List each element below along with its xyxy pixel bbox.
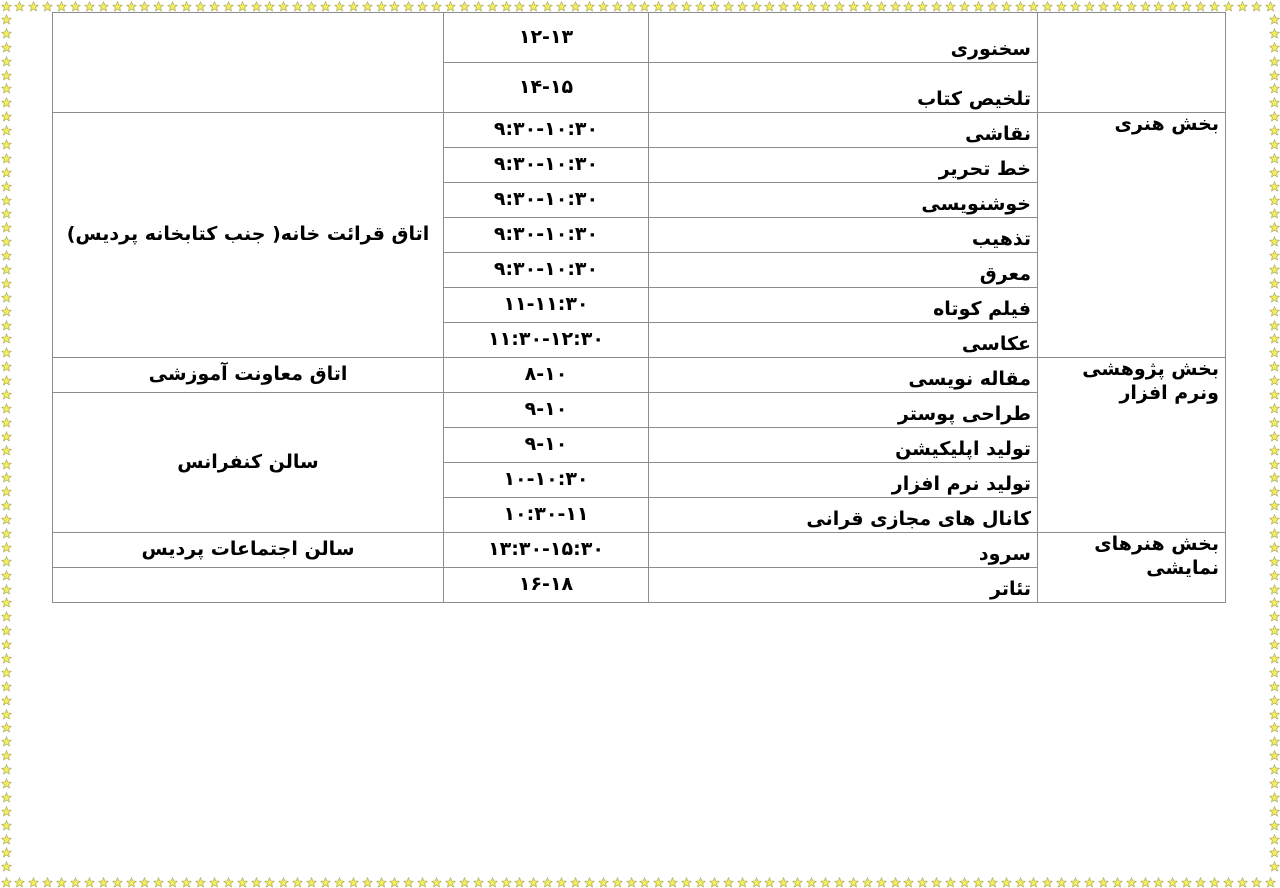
star-icon: [42, 877, 53, 888]
star-icon: [1, 695, 12, 706]
star-border-right: [1268, 0, 1280, 888]
star-icon: [890, 877, 901, 888]
star-icon: [56, 877, 67, 888]
star-icon: [1, 584, 12, 595]
star-icon: [98, 1, 109, 12]
star-icon: [1181, 1, 1192, 12]
activity-cell: تلخیص کتاب: [649, 63, 1038, 113]
location-cell: سالن کنفرانس: [53, 393, 444, 533]
category-label-line1: بخش هنرهای: [1044, 533, 1219, 557]
star-icon: [1269, 181, 1280, 192]
star-icon: [1269, 153, 1280, 164]
star-icon: [1, 125, 12, 136]
star-icon: [1269, 361, 1280, 372]
star-icon: [445, 877, 456, 888]
star-icon: [1028, 877, 1039, 888]
star-icon: [1269, 778, 1280, 789]
star-icon: [1269, 653, 1280, 664]
star-icon: [292, 1, 303, 12]
star-icon: [1, 834, 12, 845]
activity-cell: سرود: [649, 533, 1038, 568]
star-icon: [237, 877, 248, 888]
star-icon: [1, 167, 12, 178]
star-icon: [1209, 1, 1220, 12]
star-icon: [1269, 195, 1280, 206]
star-icon: [820, 877, 831, 888]
time-cell: ۹:۳۰-۱۰:۳۰: [444, 183, 649, 218]
star-icon: [195, 877, 206, 888]
star-icon: [1, 445, 12, 456]
star-icon: [514, 1, 525, 12]
star-icon: [1269, 514, 1280, 525]
location-cell-empty: [53, 568, 444, 603]
activity-cell: مقاله نویسی: [649, 358, 1038, 393]
star-icon: [1269, 250, 1280, 261]
time-cell: ۹:۳۰-۱۰:۳۰: [444, 113, 649, 148]
star-icon: [973, 877, 984, 888]
star-icon: [1084, 877, 1095, 888]
star-icon: [251, 877, 262, 888]
star-icon: [1, 653, 12, 664]
star-icon: [1223, 1, 1234, 12]
star-icon: [987, 877, 998, 888]
star-icon: [487, 877, 498, 888]
star-icon: [639, 1, 650, 12]
star-icon: [1269, 208, 1280, 219]
activity-cell: فیلم کوتاه: [649, 288, 1038, 323]
star-icon: [501, 877, 512, 888]
star-icon: [209, 1, 220, 12]
star-icon: [167, 877, 178, 888]
star-border-top: [0, 0, 1280, 12]
star-icon: [237, 1, 248, 12]
star-icon: [14, 877, 25, 888]
star-icon: [695, 877, 706, 888]
star-icon: [1, 70, 12, 81]
star-icon: [1, 667, 12, 678]
star-icon: [1209, 877, 1220, 888]
star-icon: [1269, 236, 1280, 247]
star-icon: [917, 1, 928, 12]
star-icon: [1, 181, 12, 192]
star-icon: [1269, 56, 1280, 67]
star-icon: [417, 1, 428, 12]
star-icon: [403, 1, 414, 12]
time-cell: ۸-۱۰: [444, 358, 649, 393]
star-icon: [1, 709, 12, 720]
star-icon: [584, 877, 595, 888]
star-icon: [528, 877, 539, 888]
star-icon: [112, 1, 123, 12]
activity-cell: معرق: [649, 253, 1038, 288]
star-icon: [848, 877, 859, 888]
time-cell: ۱۳:۳۰-۱۵:۳۰: [444, 533, 649, 568]
star-icon: [1269, 83, 1280, 94]
star-icon: [223, 877, 234, 888]
star-icon: [653, 877, 664, 888]
star-icon: [1269, 320, 1280, 331]
star-icon: [987, 1, 998, 12]
star-icon: [181, 877, 192, 888]
star-icon: [223, 1, 234, 12]
star-icon: [153, 877, 164, 888]
star-icon: [1, 806, 12, 817]
star-icon: [598, 1, 609, 12]
star-icon: [1269, 847, 1280, 858]
star-icon: [1, 792, 12, 803]
activity-cell: نقاشی: [649, 113, 1038, 148]
star-icon: [723, 1, 734, 12]
star-icon: [834, 1, 845, 12]
activity-cell: سخنوری: [649, 13, 1038, 63]
star-icon: [1126, 1, 1137, 12]
activity-cell: تولید اپلیکیشن: [649, 428, 1038, 463]
star-icon: [1015, 1, 1026, 12]
star-icon: [806, 1, 817, 12]
star-icon: [1098, 877, 1109, 888]
star-icon: [139, 1, 150, 12]
star-icon: [862, 1, 873, 12]
star-icon: [1, 347, 12, 358]
star-icon: [1001, 877, 1012, 888]
star-icon: [1084, 1, 1095, 12]
star-icon: [584, 1, 595, 12]
star-icon: [639, 877, 650, 888]
star-icon: [1269, 611, 1280, 622]
star-icon: [1, 750, 12, 761]
star-icon: [1167, 877, 1178, 888]
star-icon: [1269, 681, 1280, 692]
time-cell: ۱۱-۱۱:۳۰: [444, 288, 649, 323]
star-icon: [1269, 500, 1280, 511]
star-icon: [28, 877, 39, 888]
time-cell: ۹:۳۰-۱۰:۳۰: [444, 253, 649, 288]
star-icon: [1269, 542, 1280, 553]
star-icon: [1269, 722, 1280, 733]
table-row: سخنوری ۱۲-۱۳: [53, 13, 1226, 63]
star-icon: [903, 877, 914, 888]
star-icon: [945, 1, 956, 12]
star-icon: [1, 292, 12, 303]
star-icon: [1269, 264, 1280, 275]
star-icon: [251, 1, 262, 12]
star-icon: [612, 877, 623, 888]
star-icon: [1269, 111, 1280, 122]
star-icon: [973, 1, 984, 12]
star-icon: [1251, 1, 1262, 12]
star-icon: [473, 1, 484, 12]
star-icon: [1, 389, 12, 400]
star-icon: [1015, 877, 1026, 888]
star-icon: [1269, 445, 1280, 456]
star-icon: [1, 97, 12, 108]
star-icon: [1112, 877, 1123, 888]
star-icon: [1126, 877, 1137, 888]
star-icon: [1, 306, 12, 317]
star-icon: [1269, 375, 1280, 386]
star-icon: [278, 877, 289, 888]
star-icon: [1001, 1, 1012, 12]
activity-cell: خوشنویسی: [649, 183, 1038, 218]
category-label-line2: ونرم افزار: [1044, 382, 1219, 406]
time-cell: ۱۰:۳۰-۱۱: [444, 498, 649, 533]
star-icon: [1, 459, 12, 470]
star-icon: [959, 877, 970, 888]
star-icon: [556, 1, 567, 12]
activity-cell: طراحی پوستر: [649, 393, 1038, 428]
star-icon: [1269, 347, 1280, 358]
star-icon: [1269, 125, 1280, 136]
star-icon: [681, 1, 692, 12]
activity-cell: تولید نرم افزار: [649, 463, 1038, 498]
star-icon: [1056, 877, 1067, 888]
star-icon: [1, 820, 12, 831]
star-icon: [501, 1, 512, 12]
star-icon: [1, 278, 12, 289]
star-icon: [1181, 877, 1192, 888]
star-icon: [1, 28, 12, 39]
star-icon: [903, 1, 914, 12]
star-icon: [876, 1, 887, 12]
star-icon: [1153, 877, 1164, 888]
star-icon: [98, 877, 109, 888]
star-icon: [1265, 877, 1276, 888]
star-icon: [1269, 333, 1280, 344]
star-icon: [764, 877, 775, 888]
star-icon: [1269, 556, 1280, 567]
time-cell: ۹-۱۰: [444, 428, 649, 463]
star-icon: [1, 722, 12, 733]
star-icon: [1, 472, 12, 483]
star-icon: [1269, 584, 1280, 595]
star-icon: [834, 877, 845, 888]
table-row: بخش هنری نقاشی ۹:۳۰-۱۰:۳۰ اتاق قرائت خان…: [53, 113, 1226, 148]
star-icon: [1, 681, 12, 692]
star-icon: [1112, 1, 1123, 12]
star-icon: [376, 1, 387, 12]
location-cell: اتاق معاونت آموزشی: [53, 358, 444, 393]
star-icon: [1, 153, 12, 164]
star-icon: [570, 1, 581, 12]
star-icon: [1070, 877, 1081, 888]
star-icon: [1, 514, 12, 525]
star-icon: [1269, 403, 1280, 414]
star-icon: [1, 528, 12, 539]
star-icon: [1, 639, 12, 650]
star-icon: [1, 111, 12, 122]
star-icon: [1, 570, 12, 581]
star-icon: [1, 500, 12, 511]
star-icon: [1269, 570, 1280, 581]
star-icon: [1140, 877, 1151, 888]
activity-cell: تئاتر: [649, 568, 1038, 603]
star-icon: [459, 1, 470, 12]
star-icon: [1269, 639, 1280, 650]
star-icon: [612, 1, 623, 12]
star-icon: [264, 877, 275, 888]
star-icon: [1269, 792, 1280, 803]
activity-cell: خط تحریر: [649, 148, 1038, 183]
star-icon: [14, 1, 25, 12]
star-icon: [1070, 1, 1081, 12]
star-icon: [112, 877, 123, 888]
star-icon: [1237, 877, 1248, 888]
star-icon: [1269, 431, 1280, 442]
star-icon: [1269, 139, 1280, 150]
star-icon: [1, 403, 12, 414]
star-icon: [1223, 877, 1234, 888]
star-icon: [528, 1, 539, 12]
star-icon: [431, 877, 442, 888]
star-icon: [431, 1, 442, 12]
star-icon: [514, 877, 525, 888]
category-label: بخش هنری: [1044, 113, 1219, 137]
star-icon: [1265, 1, 1276, 12]
star-icon: [778, 1, 789, 12]
star-icon: [1, 847, 12, 858]
star-icon: [56, 1, 67, 12]
star-icon: [389, 1, 400, 12]
star-icon: [667, 877, 678, 888]
star-icon: [1269, 625, 1280, 636]
star-icon: [1, 861, 12, 872]
star-icon: [1, 264, 12, 275]
star-icon: [1, 556, 12, 567]
star-icon: [751, 1, 762, 12]
star-icon: [598, 877, 609, 888]
category-cell: بخش پژوهشی ونرم افزار: [1038, 358, 1226, 533]
star-icon: [792, 1, 803, 12]
star-icon: [862, 877, 873, 888]
star-icon: [1237, 1, 1248, 12]
star-icon: [667, 1, 678, 12]
star-icon: [1269, 70, 1280, 81]
star-icon: [709, 1, 720, 12]
star-icon: [1, 208, 12, 219]
star-icon: [1269, 486, 1280, 497]
star-icon: [778, 877, 789, 888]
star-icon: [1269, 222, 1280, 233]
star-icon: [806, 877, 817, 888]
star-icon: [153, 1, 164, 12]
star-icon: [1269, 820, 1280, 831]
star-icon: [139, 877, 150, 888]
time-cell: ۱۴-۱۵: [444, 63, 649, 113]
star-icon: [70, 877, 81, 888]
star-icon: [181, 1, 192, 12]
star-icon: [1, 611, 12, 622]
star-icon: [1, 14, 12, 25]
star-icon: [1269, 14, 1280, 25]
star-icon: [737, 877, 748, 888]
star-icon: [820, 1, 831, 12]
star-icon: [1, 877, 12, 888]
star-icon: [362, 1, 373, 12]
location-cell: [53, 13, 444, 113]
star-icon: [737, 1, 748, 12]
star-icon: [473, 877, 484, 888]
star-icon: [126, 877, 137, 888]
star-icon: [876, 877, 887, 888]
star-icon: [653, 1, 664, 12]
time-cell: ۱۲-۱۳: [444, 13, 649, 63]
star-icon: [1098, 1, 1109, 12]
star-icon: [626, 1, 637, 12]
star-icon: [1, 417, 12, 428]
star-icon: [1, 222, 12, 233]
star-icon: [1042, 1, 1053, 12]
category-cell: بخش هنرهای نمایشی: [1038, 533, 1226, 603]
star-icon: [362, 877, 373, 888]
star-icon: [556, 877, 567, 888]
star-icon: [1195, 877, 1206, 888]
star-icon: [1, 1, 12, 12]
location-cell: اتاق قرائت خانه( جنب کتابخانه پردیس): [53, 113, 444, 358]
star-icon: [1, 250, 12, 261]
star-icon: [487, 1, 498, 12]
table-row: بخش پژوهشی ونرم افزار مقاله نویسی ۸-۱۰ ا…: [53, 358, 1226, 393]
star-icon: [334, 877, 345, 888]
category-cell: بخش هنری: [1038, 113, 1226, 358]
star-icon: [1056, 1, 1067, 12]
table-row: بخش هنرهای نمایشی سرود ۱۳:۳۰-۱۵:۳۰ سالن …: [53, 533, 1226, 568]
star-icon: [1269, 472, 1280, 483]
star-icon: [1, 431, 12, 442]
star-icon: [709, 877, 720, 888]
star-icon: [28, 1, 39, 12]
category-label-line1: بخش پژوهشی: [1044, 358, 1219, 382]
activity-cell: کانال های مجازی قرانی: [649, 498, 1038, 533]
star-icon: [1, 778, 12, 789]
star-icon: [417, 877, 428, 888]
star-border-left: [0, 0, 12, 888]
star-icon: [1, 764, 12, 775]
activity-cell: تذهیب: [649, 218, 1038, 253]
star-icon: [931, 877, 942, 888]
star-icon: [167, 1, 178, 12]
star-icon: [1269, 764, 1280, 775]
star-icon: [1269, 292, 1280, 303]
star-icon: [917, 877, 928, 888]
star-icon: [1, 83, 12, 94]
star-icon: [1, 486, 12, 497]
star-icon: [42, 1, 53, 12]
time-cell: ۹-۱۰: [444, 393, 649, 428]
star-icon: [1, 320, 12, 331]
star-icon: [1251, 877, 1262, 888]
star-icon: [695, 1, 706, 12]
time-cell: ۱۶-۱۸: [444, 568, 649, 603]
star-icon: [1, 361, 12, 372]
star-icon: [681, 877, 692, 888]
star-icon: [1269, 806, 1280, 817]
star-icon: [959, 1, 970, 12]
schedule-table: سخنوری ۱۲-۱۳ تلخیص کتاب ۱۴-۱۵ بخش هنری ن…: [52, 12, 1226, 603]
star-icon: [890, 1, 901, 12]
star-icon: [1269, 278, 1280, 289]
star-icon: [1269, 709, 1280, 720]
star-icon: [751, 877, 762, 888]
star-icon: [1269, 597, 1280, 608]
star-icon: [1, 542, 12, 553]
star-icon: [320, 877, 331, 888]
star-icon: [931, 1, 942, 12]
star-icon: [570, 877, 581, 888]
star-icon: [126, 1, 137, 12]
star-icon: [945, 877, 956, 888]
star-icon: [1140, 1, 1151, 12]
star-icon: [848, 1, 859, 12]
